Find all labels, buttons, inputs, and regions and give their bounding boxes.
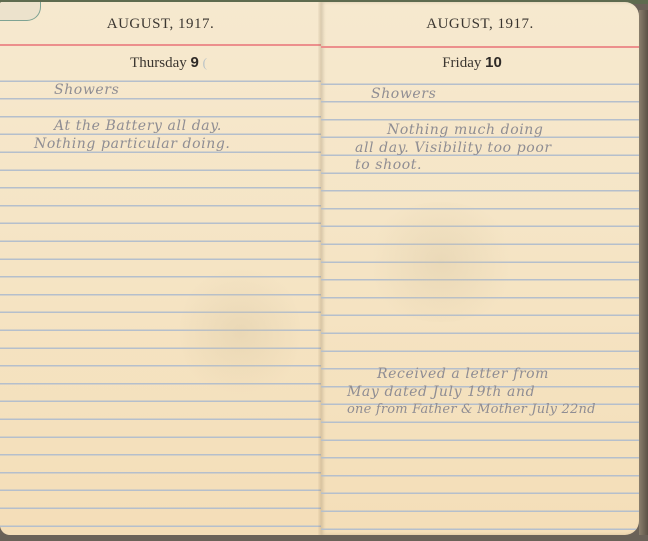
day-heading: Friday 10 — [321, 54, 631, 72]
note-line: one from Father & Mother July 22nd — [347, 402, 596, 417]
entry-line: all day. Visibility too poor — [355, 140, 552, 156]
month-header: AUGUST, 1917. — [0, 16, 321, 33]
book-edge — [639, 10, 648, 541]
entry-line: to shoot. — [355, 157, 422, 173]
right-page-friday: AUGUST, 1917. Friday 10 Showers Nothing … — [321, 2, 639, 535]
paper-stain — [180, 262, 300, 402]
day-name: Friday — [442, 55, 481, 71]
header-red-rule — [0, 44, 321, 46]
day-name: Thursday — [130, 55, 187, 71]
note-line: May dated July 19th and — [347, 384, 535, 400]
day-number: 10 — [485, 54, 502, 71]
header-red-rule — [321, 46, 639, 48]
book-bottom-edge — [0, 535, 648, 541]
month-header: AUGUST, 1917. — [321, 16, 639, 33]
entry-line: Showers — [371, 86, 436, 102]
bleed-through-mark: ( — [203, 55, 207, 70]
entry-line: At the Battery all day. — [54, 118, 222, 134]
note-line: Received a letter from — [377, 366, 549, 382]
day-heading: Thursday 9 ( — [8, 54, 321, 72]
left-page-thursday: AUGUST, 1917. Thursday 9 ( Showers At th… — [0, 2, 321, 535]
entry-line: Nothing much doing — [387, 122, 543, 138]
entry-line: Showers — [54, 82, 119, 98]
entry-line: Nothing particular doing. — [34, 136, 230, 152]
paper-stain — [361, 202, 521, 322]
day-number: 9 — [190, 54, 198, 71]
